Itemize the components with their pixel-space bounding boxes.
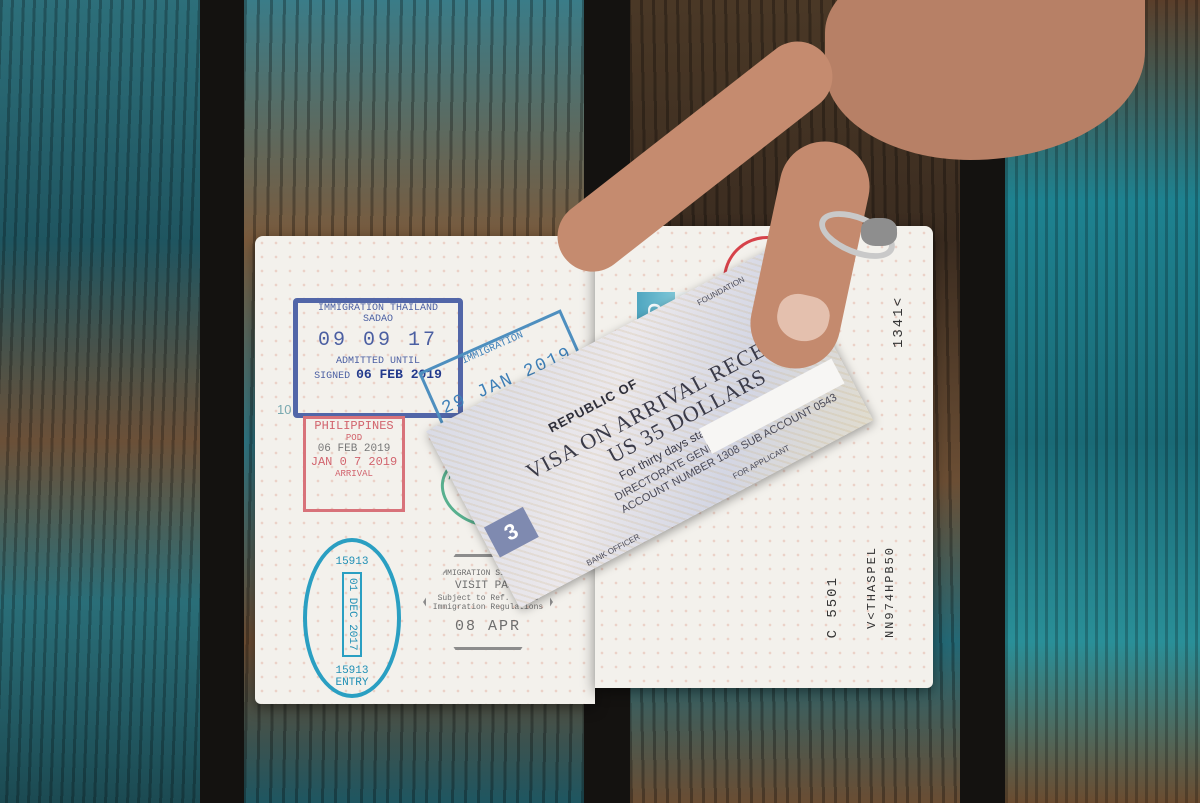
stamp-date: 08 APR xyxy=(426,618,550,635)
stamp-date: 09 09 17 xyxy=(298,329,458,352)
plank-gap xyxy=(200,0,244,803)
philippines-stamp: PHILIPPINES POD 06 FEB 2019 JAN 0 7 2019… xyxy=(303,416,405,512)
photo-scene: 10 IMMIGRATION THAILAND SADAO 09 09 17 A… xyxy=(0,0,1200,803)
hand xyxy=(495,0,1145,290)
stamp-sub: POD xyxy=(306,433,402,443)
ring-face xyxy=(861,218,897,246)
stamp-header: PHILIPPINES xyxy=(306,419,402,433)
uae-entry-stamp: 15913 01 DEC 2017 15913 ENTRY xyxy=(303,538,401,698)
wood-plank xyxy=(0,0,200,803)
stamp-header: IMMIGRATION THAILAND xyxy=(298,303,458,314)
receipt-number: 3 xyxy=(484,507,539,558)
stamp-line: Immigration Regulations xyxy=(426,603,550,612)
stamp-number: 15913 xyxy=(307,665,397,677)
stamp-label: ARRIVAL xyxy=(306,469,402,479)
stamp-number: 15913 xyxy=(307,556,397,568)
mrz-fragment: C 5501 xyxy=(825,576,841,638)
stamp-label: SIGNED xyxy=(314,371,350,382)
stamp-label: ENTRY xyxy=(307,677,397,689)
stamp-date: 06 FEB 2019 xyxy=(306,443,402,455)
stamp-date: JAN 0 7 2019 xyxy=(306,455,402,469)
mrz-fragment: NN974HPB50 xyxy=(883,546,897,638)
stamp-date: 01 DEC 2017 xyxy=(342,572,362,657)
wrist xyxy=(825,0,1145,160)
mrz-fragment: V<THASPEL xyxy=(865,546,879,629)
stamp-place: SADAO xyxy=(298,314,458,325)
page-number: 10 xyxy=(277,402,291,417)
mrz-fragment: 1341< xyxy=(891,296,907,348)
